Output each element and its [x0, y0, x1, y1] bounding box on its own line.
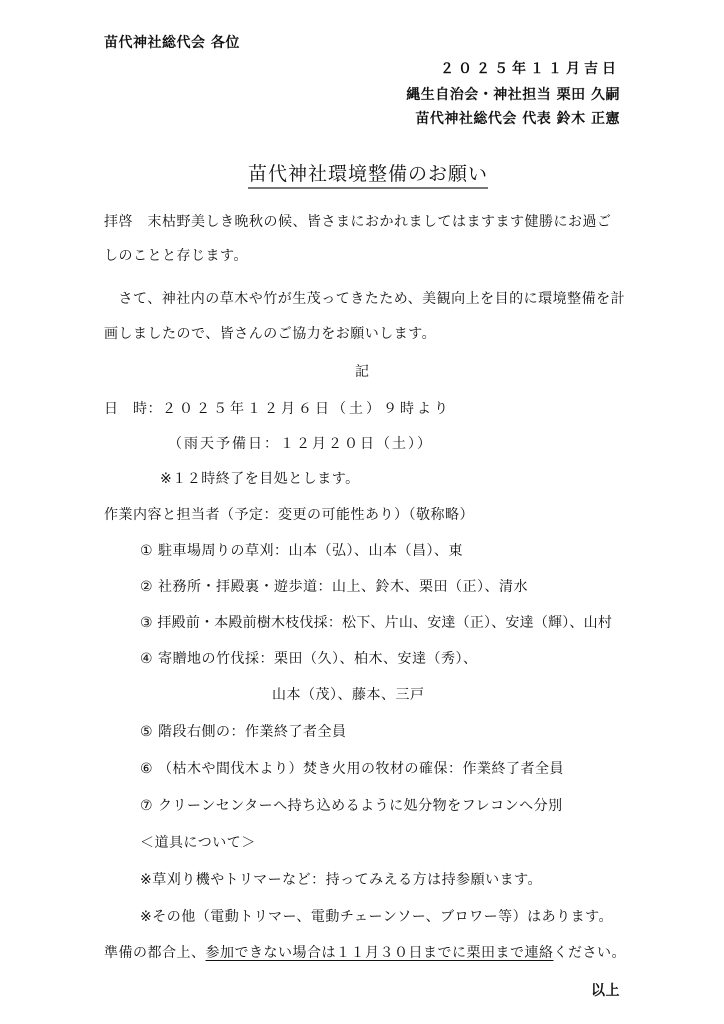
greeting-line-2: しのことと存じます。 — [104, 247, 248, 265]
task-item-5: ⑤ 階段右側の：作業終了者全員 — [140, 723, 347, 741]
closing-deadline: 参加できない場合は１１月３０日までに栗田まで連絡 — [206, 945, 554, 961]
task-item-4-continued: 山本（茂）、藤本、三戸 — [272, 686, 425, 704]
task-item-1: ① 駐車場周りの草刈：山本（弘）、山本（昌）、東 — [140, 542, 463, 560]
sender-1: 縄生自治会・神社担当 栗田 久嗣 — [406, 86, 620, 104]
schedule-label: 日 時： — [104, 401, 162, 417]
task-item-6: ⑥ （枯木や間伐木より）焚き火用の牧材の確保：作業終了者全員 — [140, 760, 564, 778]
task-item-2: ② 社務所・拝殿裏・遊歩道：山上、鈴木、栗田（正）、清水 — [140, 578, 528, 596]
body-line-1: さて、神社内の草木や竹が生茂ってきたため、美観向上を目的に環境整備を計 — [104, 290, 625, 308]
rain-date: （雨天予備日：１２月２０日（土）） — [168, 435, 433, 453]
task-item-3: ③ 拝殿前・本殿前樹木枝伐採：松下、片山、安達（正）、安達（輝）、山村 — [140, 614, 612, 632]
closing-prefix: 準備の都合上、 — [104, 945, 206, 961]
issue-date: ２０２５年１１月吉日 — [440, 60, 620, 78]
ki-heading: 記 — [355, 363, 370, 381]
task-item-7: ⑦ クリーンセンターへ持ち込めるように処分物をフレコンへ分別 — [140, 797, 563, 815]
tasks-header: 作業内容と担当者（予定：変更の可能性あり）（敬称略） — [104, 506, 474, 524]
body-line-2: 画しましたので、皆さんのご協力をお願いします。 — [104, 325, 436, 343]
tools-note-1: ※草刈り機やトリマーなど：持ってみえる方は持参願います。 — [140, 871, 542, 889]
greeting-line-1: 拝啓 末枯野美しき晩秋の候、皆さまにおかれましてはますます健勝にお過ご — [104, 213, 612, 231]
schedule-datetime: ２０２５年１２月６日（土）９時より — [162, 401, 451, 417]
schedule-line: 日 時：２０２５年１２月６日（土）９時より — [104, 400, 451, 418]
closing-suffix: ください。 — [554, 945, 627, 961]
addressee: 苗代神社総代会 各位 — [104, 34, 240, 52]
end-time-note: ※１２時終了を目処とします。 — [160, 470, 360, 488]
end-mark: 以上 — [591, 982, 620, 1000]
tools-header: ＜道具について＞ — [140, 834, 256, 852]
sender-2: 苗代神社総代会 代表 鈴木 正憲 — [415, 110, 620, 128]
closing-line: 準備の都合上、参加できない場合は１１月３０日までに栗田まで連絡ください。 — [104, 944, 626, 962]
document-title: 苗代神社環境整備のお願い — [248, 162, 488, 189]
task-item-4: ④ 寄贈地の竹伐採：栗田（久）、柏木、安達（秀）、 — [140, 650, 478, 668]
tools-note-2: ※その他（電動トリマー、電動チェーンソー、ブロワー等）はあります。 — [140, 908, 613, 926]
